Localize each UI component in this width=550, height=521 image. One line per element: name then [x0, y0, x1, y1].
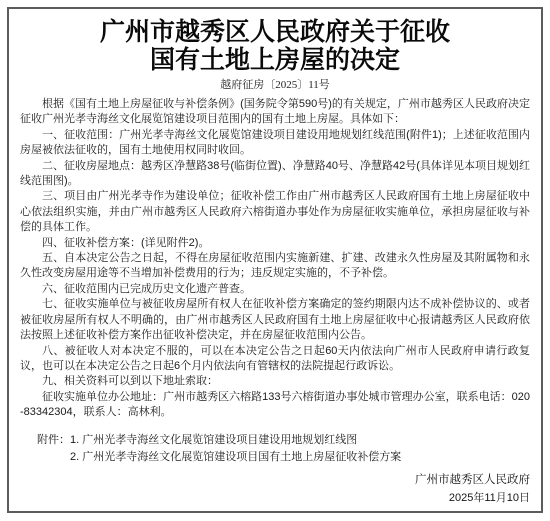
- paragraph-item-8: 八、被征收人对本决定不服的，可以在本决定公告之日起60天内依法向广州市人民政府申…: [20, 344, 530, 375]
- paragraph-item-3: 三、项目由广州光孝寺作为建设单位；征收补偿工作由广州市越秀区人民政府国有土地上房…: [20, 189, 530, 235]
- paragraph-item-2: 二、征收房屋地点：越秀区净慧路38号(临街位置)、净慧路40号、净慧路42号(具…: [20, 159, 530, 190]
- document-number: 越府征房〔2025〕11号: [20, 79, 530, 92]
- attachments-block: 附件： 1. 广州光孝寺海丝文化展览馆建设项目建设用地规划红线图 2. 广州光孝…: [37, 432, 530, 467]
- document-title-line1: 广州市越秀区人民政府关于征收: [20, 18, 530, 46]
- paragraph-item-5: 五、自本决定公告之日起，不得在房屋征收范围内实施新建、扩建、改建永久性房屋及其附…: [20, 251, 530, 282]
- issue-date: 2025年11月10日: [20, 491, 530, 505]
- document-title-line2: 国有土地上房屋的决定: [20, 46, 530, 74]
- document-frame: 广州市越秀区人民政府关于征收 国有土地上房屋的决定 越府征房〔2025〕11号 …: [7, 7, 543, 513]
- paragraph-item-6: 六、征收范围内已完成历史文化遗产普查。: [20, 282, 530, 297]
- paragraph-item-4: 四、征收补偿方案：(详见附件2)。: [20, 236, 530, 251]
- paragraph-office-address: 征收实施单位办公地址：广州市越秀区六榕路133号六榕街道办事处城市管理办公室，联…: [20, 390, 530, 421]
- attachments-list: 1. 广州光孝寺海丝文化展览馆建设项目建设用地规划红线图 2. 广州光孝寺海丝文…: [70, 432, 401, 467]
- attachment-item-1: 1. 广州光孝寺海丝文化展览馆建设项目建设用地规划红线图: [70, 432, 401, 450]
- paragraph-intro: 根据《国有土地上房屋征收与补偿条例》(国务院令第590号)的有关规定，广州市越秀…: [20, 97, 530, 128]
- paragraph-item-9: 九、相关资料可以到以下地址索取：: [20, 374, 530, 389]
- issuer-signature: 广州市越秀区人民政府: [20, 473, 530, 488]
- attachment-item-2: 2. 广州光孝寺海丝文化展览馆建设项目国有土地上房屋征收补偿方案: [70, 449, 401, 467]
- paragraph-item-7: 七、征收实施单位与被征收房屋所有权人在征收补偿方案确定的签约期限内达不成补偿协议…: [20, 297, 530, 343]
- attachments-label: 附件：: [37, 432, 70, 467]
- page: 广州市越秀区人民政府关于征收 国有土地上房屋的决定 越府征房〔2025〕11号 …: [0, 0, 550, 521]
- document-body: 根据《国有土地上房屋征收与补偿条例》(国务院令第590号)的有关规定，广州市越秀…: [20, 97, 530, 421]
- paragraph-item-1: 一、征收范围：广州光孝寺海丝文化展览馆建设项目建设用地规划红线范围(附件1)；上…: [20, 128, 530, 159]
